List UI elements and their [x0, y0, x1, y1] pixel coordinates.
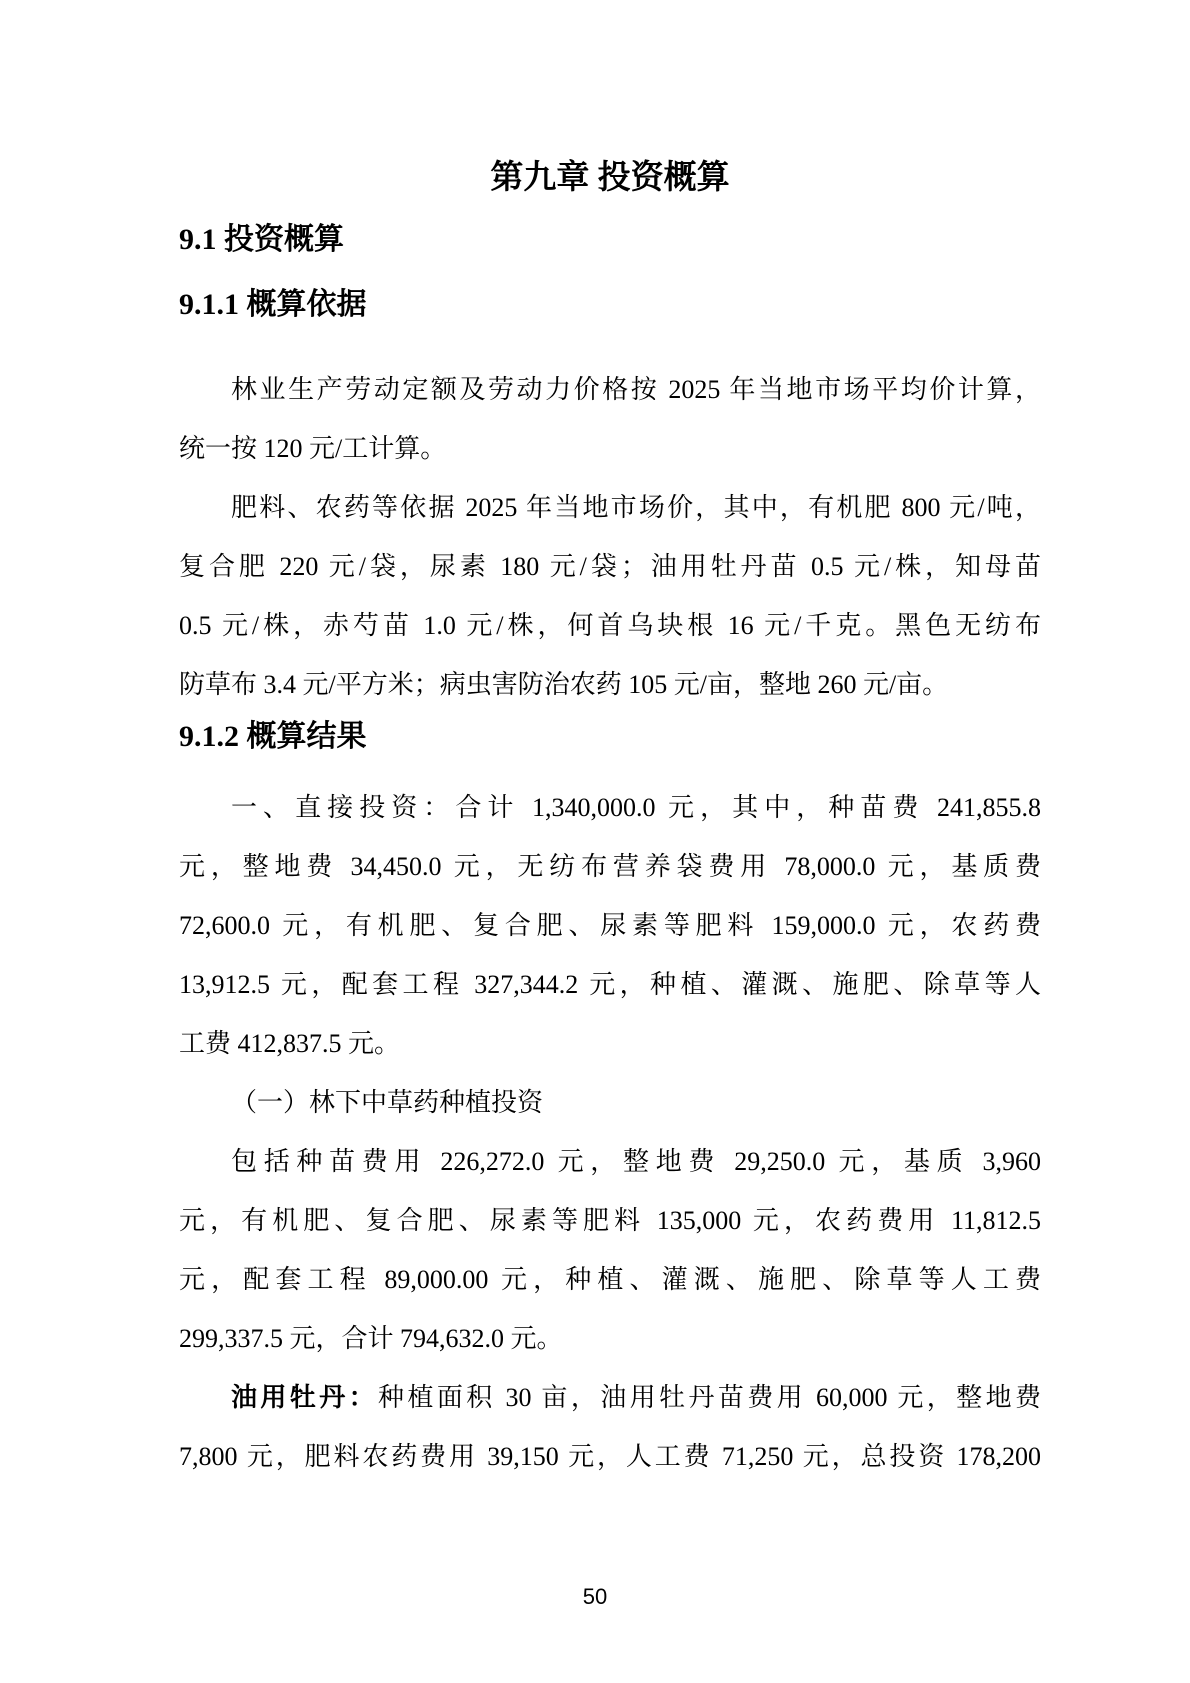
paragraph-direct-investment: 一、直接投资：合计 1,340,000.0 元，其中，种苗费 241,855.8… — [179, 778, 1041, 1073]
paragraph-line: 元，配套工程 89,000.00 元，种植、灌溉、施肥、除草等人工费 — [179, 1250, 1041, 1309]
paragraph-line: 一、直接投资：合计 1,340,000.0 元，其中，种苗费 241,855.8 — [179, 778, 1041, 837]
text-run: 元，配套工程 89,000.00 元，种植、灌溉、施肥、除草等人工费 — [179, 1265, 1041, 1294]
paragraph-subsection-herb-title: （一）林下中草药种植投资 — [179, 1073, 1041, 1132]
text-run: 肥料、农药等依据 2025 年当地市场价，其中，有机肥 800 元/吨， — [231, 493, 1041, 522]
text-run: 0.5 元/株，赤芍苗 1.0 元/株，何首乌块根 16 元/千克。黑色无纺布 — [179, 611, 1041, 640]
document-content: 第九章 投资概算 9.1 投资概算9.1.1 概算依据林业生产劳动定额及劳动力价… — [179, 156, 1041, 1486]
paragraph-line: 油用牡丹：种植面积 30 亩，油用牡丹苗费用 60,000 元，整地费 — [179, 1368, 1041, 1427]
paragraph-material-price: 肥料、农药等依据 2025 年当地市场价，其中，有机肥 800 元/吨，复合肥 … — [179, 478, 1041, 714]
paragraph-line: 元，整地费 34,450.0 元，无纺布营养袋费用 78,000.0 元，基质费 — [179, 837, 1041, 896]
paragraph-line: 统一按 120 元/工计算。 — [179, 419, 1041, 478]
paragraph-line: 包括种苗费用 226,272.0 元，整地费 29,250.0 元，基质 3,9… — [179, 1132, 1041, 1191]
paragraph-line: 工费 412,837.5 元。 — [179, 1014, 1041, 1073]
paragraph-herb-investment: 包括种苗费用 226,272.0 元，整地费 29,250.0 元，基质 3,9… — [179, 1132, 1041, 1368]
text-run: 统一按 120 元/工计算。 — [179, 434, 446, 463]
text-run: 元，整地费 34,450.0 元，无纺布营养袋费用 78,000.0 元，基质费 — [179, 852, 1041, 881]
text-run: 299,337.5 元，合计 794,632.0 元。 — [179, 1324, 563, 1353]
text-run: 工费 412,837.5 元。 — [179, 1029, 400, 1058]
section-heading-9-1-2: 9.1.2 概算结果 — [179, 716, 1041, 758]
text-run: 一、直接投资：合计 1,340,000.0 元，其中，种苗费 241,855.8 — [231, 793, 1041, 822]
paragraph-peony-investment: 油用牡丹：种植面积 30 亩，油用牡丹苗费用 60,000 元，整地费7,800… — [179, 1368, 1041, 1486]
paragraph-line: （一）林下中草药种植投资 — [179, 1073, 1041, 1132]
paragraph-line: 林业生产劳动定额及劳动力价格按 2025 年当地市场平均价计算， — [179, 360, 1041, 419]
document-page: 第九章 投资概算 9.1 投资概算9.1.1 概算依据林业生产劳动定额及劳动力价… — [0, 0, 1190, 1683]
text-run: 防草布 3.4 元/平方米；病虫害防治农药 105 元/亩，整地 260 元/亩… — [179, 670, 948, 699]
text-run: 包括种苗费用 226,272.0 元，整地费 29,250.0 元，基质 3,9… — [231, 1147, 1041, 1176]
paragraph-line: 肥料、农药等依据 2025 年当地市场价，其中，有机肥 800 元/吨， — [179, 478, 1041, 537]
text-run: 72,600.0 元，有机肥、复合肥、尿素等肥料 159,000.0 元，农药费 — [179, 911, 1041, 940]
section-heading-9-1: 9.1 投资概算 — [179, 219, 1041, 261]
text-run: 复合肥 220 元/袋，尿素 180 元/袋；油用牡丹苗 0.5 元/株，知母苗 — [179, 552, 1041, 581]
document-body: 9.1 投资概算9.1.1 概算依据林业生产劳动定额及劳动力价格按 2025 年… — [179, 219, 1041, 1486]
paragraph-line: 299,337.5 元，合计 794,632.0 元。 — [179, 1309, 1041, 1368]
text-run: 13,912.5 元，配套工程 327,344.2 元，种植、灌溉、施肥、除草等… — [179, 970, 1041, 999]
text-run: 种植面积 30 亩，油用牡丹苗费用 60,000 元，整地费 — [378, 1383, 1041, 1412]
paragraph-line: 元，有机肥、复合肥、尿素等肥料 135,000 元，农药费用 11,812.5 — [179, 1191, 1041, 1250]
page-footer: 50 — [0, 1584, 1190, 1610]
bold-text-run: 油用牡丹： — [231, 1383, 378, 1412]
section-heading-9-1-1: 9.1.1 概算依据 — [179, 284, 1041, 326]
paragraph-line: 0.5 元/株，赤芍苗 1.0 元/株，何首乌块根 16 元/千克。黑色无纺布 — [179, 596, 1041, 655]
paragraph-line: 复合肥 220 元/袋，尿素 180 元/袋；油用牡丹苗 0.5 元/株，知母苗 — [179, 537, 1041, 596]
text-run: 7,800 元，肥料农药费用 39,150 元，人工费 71,250 元，总投资… — [179, 1442, 1041, 1471]
chapter-title: 第九章 投资概算 — [179, 156, 1041, 200]
paragraph-line: 13,912.5 元，配套工程 327,344.2 元，种植、灌溉、施肥、除草等… — [179, 955, 1041, 1014]
page-number: 50 — [583, 1584, 607, 1609]
paragraph-line: 7,800 元，肥料农药费用 39,150 元，人工费 71,250 元，总投资… — [179, 1427, 1041, 1486]
paragraph-line: 防草布 3.4 元/平方米；病虫害防治农药 105 元/亩，整地 260 元/亩… — [179, 655, 1041, 714]
text-run: （一）林下中草药种植投资 — [231, 1088, 543, 1117]
text-run: 元，有机肥、复合肥、尿素等肥料 135,000 元，农药费用 11,812.5 — [179, 1206, 1041, 1235]
text-run: 林业生产劳动定额及劳动力价格按 2025 年当地市场平均价计算， — [231, 375, 1041, 404]
paragraph-labor-cost: 林业生产劳动定额及劳动力价格按 2025 年当地市场平均价计算，统一按 120 … — [179, 360, 1041, 478]
paragraph-line: 72,600.0 元，有机肥、复合肥、尿素等肥料 159,000.0 元，农药费 — [179, 896, 1041, 955]
